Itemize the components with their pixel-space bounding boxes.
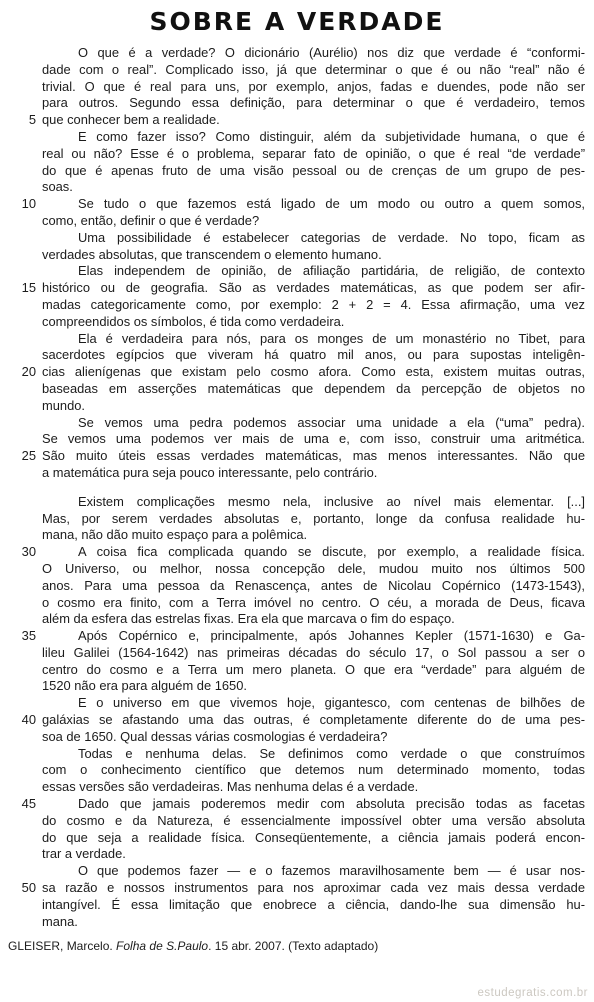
line-number bbox=[0, 561, 36, 578]
text-line: anos. Para uma pessoa da Renascença, ant… bbox=[0, 578, 594, 595]
line-text: Elas independem de opinião, de afiliação… bbox=[36, 263, 594, 280]
text-line: E o universo em que vivemos hoje, gigant… bbox=[0, 695, 594, 712]
text-line: Todas e nenhuma delas. Se definimos como… bbox=[0, 746, 594, 763]
text-line: madas categoricamente como, por exemplo:… bbox=[0, 297, 594, 314]
text-line: baseadas em asserções matemáticas que de… bbox=[0, 381, 594, 398]
line-number bbox=[0, 129, 36, 146]
line-number bbox=[0, 863, 36, 880]
line-text: soas. bbox=[36, 179, 594, 196]
line-number: 25 bbox=[0, 448, 36, 465]
text-line: 30 A coisa fica complicada quando se dis… bbox=[0, 544, 594, 561]
line-number bbox=[0, 779, 36, 796]
line-number bbox=[0, 263, 36, 280]
text-line: O Universo, ou melhor, nossa concepção d… bbox=[0, 561, 594, 578]
text-line: a matemática pura seja pouco interessant… bbox=[0, 465, 594, 482]
text-line: verdades absolutas, que transcendem o el… bbox=[0, 247, 594, 264]
line-text: baseadas em asserções matemáticas que de… bbox=[36, 381, 594, 398]
line-number bbox=[0, 146, 36, 163]
text-line: 45 Dado que jamais poderemos medir com a… bbox=[0, 796, 594, 813]
text-line: Elas independem de opinião, de afiliação… bbox=[0, 263, 594, 280]
line-number bbox=[0, 381, 36, 398]
line-text: Ela é verdadeira para nós, para os monge… bbox=[36, 331, 594, 348]
text-line: soas. bbox=[0, 179, 594, 196]
text-line: intangível. É essa limitação que enobrec… bbox=[0, 897, 594, 914]
text-line: mana, não dão muito espaço para a polêmi… bbox=[0, 527, 594, 544]
line-number bbox=[0, 398, 36, 415]
line-text: Existem complicações mesmo nela, inclusi… bbox=[36, 494, 594, 511]
line-number: 35 bbox=[0, 628, 36, 645]
watermark: estudegratis.com.br bbox=[478, 987, 589, 999]
line-number bbox=[0, 331, 36, 348]
text-line: além da esfera das estrelas fixas. Era e… bbox=[0, 611, 594, 628]
text-body: O que é a verdade? O dicionário (Aurélio… bbox=[0, 45, 594, 930]
text-line: Se vemos uma podemos ver mais de uma e, … bbox=[0, 431, 594, 448]
line-number bbox=[0, 79, 36, 96]
line-text: com o conhecimento científico que detemo… bbox=[36, 762, 594, 779]
line-text: lileu Galilei (1564-1642) nas primeiras … bbox=[36, 645, 594, 662]
line-number bbox=[0, 729, 36, 746]
text-line: real ou não? Esse é o problema, separar … bbox=[0, 146, 594, 163]
line-number bbox=[0, 578, 36, 595]
line-text: anos. Para uma pessoa da Renascença, ant… bbox=[36, 578, 594, 595]
text-line: do que é apenas fruto de uma visão pesso… bbox=[0, 163, 594, 180]
line-text: que conhecer bem a realidade. bbox=[36, 112, 594, 129]
text-line: do cosmo e da Natureza, é essencialmente… bbox=[0, 813, 594, 830]
line-text: galáxias se afastando uma das outras, é … bbox=[36, 712, 594, 729]
text-line: Existem complicações mesmo nela, inclusi… bbox=[0, 494, 594, 511]
text-line: 40 galáxias se afastando uma das outras,… bbox=[0, 712, 594, 729]
line-number bbox=[0, 762, 36, 779]
line-number: 30 bbox=[0, 544, 36, 561]
line-number bbox=[0, 465, 36, 482]
line-number bbox=[0, 163, 36, 180]
line-number bbox=[0, 830, 36, 847]
line-text: trar a verdade. bbox=[36, 846, 594, 863]
line-number bbox=[0, 494, 36, 511]
text-line: mundo. bbox=[0, 398, 594, 415]
line-text: madas categoricamente como, por exemplo:… bbox=[36, 297, 594, 314]
line-text: compreendidos os símbolos, é tida como v… bbox=[36, 314, 594, 331]
text-line: para outros. Segundo essa definição, par… bbox=[0, 95, 594, 112]
citation-author: GLEISER, Marcelo. bbox=[8, 939, 116, 953]
line-text: do que seja a realidade física. Conseqüe… bbox=[36, 830, 594, 847]
text-line: Mas, por serem verdades absolutas e, por… bbox=[0, 511, 594, 528]
text-line: essas versões são verdadeiras. Mas nenhu… bbox=[0, 779, 594, 796]
text-line: lileu Galilei (1564-1642) nas primeiras … bbox=[0, 645, 594, 662]
text-line: Uma possibilidade é estabelecer categori… bbox=[0, 230, 594, 247]
line-number: 20 bbox=[0, 364, 36, 381]
line-text: Se vemos uma podemos ver mais de uma e, … bbox=[36, 431, 594, 448]
line-number bbox=[0, 662, 36, 679]
text-line: mana. bbox=[0, 914, 594, 931]
line-number bbox=[0, 431, 36, 448]
text-line: 50 sa razão e nossos instrumentos para n… bbox=[0, 880, 594, 897]
line-number bbox=[0, 314, 36, 331]
line-number: 5 bbox=[0, 112, 36, 129]
citation-rest: . 15 abr. 2007. (Texto adaptado) bbox=[208, 939, 378, 953]
text-line: 1520 não era para alguém de 1650. bbox=[0, 678, 594, 695]
line-number bbox=[0, 678, 36, 695]
text-line: E como fazer isso? Como distinguir, além… bbox=[0, 129, 594, 146]
line-number bbox=[0, 297, 36, 314]
text-line: do que seja a realidade física. Conseqüe… bbox=[0, 830, 594, 847]
line-text: intangível. É essa limitação que enobrec… bbox=[36, 897, 594, 914]
line-text: O que é a verdade? O dicionário (Aurélio… bbox=[36, 45, 594, 62]
text-line: soa de 1650. Qual dessas várias cosmolog… bbox=[0, 729, 594, 746]
line-text: essas versões são verdadeiras. Mas nenhu… bbox=[36, 779, 594, 796]
line-text: do que é apenas fruto de uma visão pesso… bbox=[36, 163, 594, 180]
text-line: compreendidos os símbolos, é tida como v… bbox=[0, 314, 594, 331]
line-text: sa razão e nossos instrumentos para nos … bbox=[36, 880, 594, 897]
line-number: 45 bbox=[0, 796, 36, 813]
line-number bbox=[0, 247, 36, 264]
line-number bbox=[0, 695, 36, 712]
text-line: centro do cosmo e a Terra um mero planet… bbox=[0, 662, 594, 679]
line-text: histórico ou de geografia. São as verdad… bbox=[36, 280, 594, 297]
line-number bbox=[0, 230, 36, 247]
line-number bbox=[0, 415, 36, 432]
line-text: sacerdotes egípcios que viveram há quatr… bbox=[36, 347, 594, 364]
line-text: além da esfera das estrelas fixas. Era e… bbox=[36, 611, 594, 628]
line-text: Dado que jamais poderemos medir com abso… bbox=[36, 796, 594, 813]
line-text: dade com o real”. Complicado isso, já qu… bbox=[36, 62, 594, 79]
line-text: como, então, definir o que é verdade? bbox=[36, 213, 594, 230]
text-line: o cosmo era finito, com a Terra imóvel n… bbox=[0, 595, 594, 612]
text-line: 5 que conhecer bem a realidade. bbox=[0, 112, 594, 129]
line-text: Todas e nenhuma delas. Se definimos como… bbox=[36, 746, 594, 763]
text-line: com o conhecimento científico que detemo… bbox=[0, 762, 594, 779]
text-line: 25 São muito úteis essas verdades matemá… bbox=[0, 448, 594, 465]
line-text: mundo. bbox=[36, 398, 594, 415]
text-line: 20 cias alienígenas que existam pelo cos… bbox=[0, 364, 594, 381]
line-number bbox=[0, 213, 36, 230]
line-text: mana. bbox=[36, 914, 594, 931]
line-number: 40 bbox=[0, 712, 36, 729]
line-text: centro do cosmo e a Terra um mero planet… bbox=[36, 662, 594, 679]
line-text: soa de 1650. Qual dessas várias cosmolog… bbox=[36, 729, 594, 746]
line-number bbox=[0, 595, 36, 612]
line-number bbox=[0, 511, 36, 528]
line-text: Se vemos uma pedra podemos associar uma … bbox=[36, 415, 594, 432]
text-line: sacerdotes egípcios que viveram há quatr… bbox=[0, 347, 594, 364]
text-line: O que podemos fazer — e o fazemos maravi… bbox=[0, 863, 594, 880]
line-text: Uma possibilidade é estabelecer categori… bbox=[36, 230, 594, 247]
line-number bbox=[0, 897, 36, 914]
text-line: 10 Se tudo o que fazemos está ligado de … bbox=[0, 196, 594, 213]
text-line: 15 histórico ou de geografia. São as ver… bbox=[0, 280, 594, 297]
page-title: SOBRE A VERDADE bbox=[0, 7, 594, 36]
line-number bbox=[0, 645, 36, 662]
line-text: verdades absolutas, que transcendem o el… bbox=[36, 247, 594, 264]
text-line: O que é a verdade? O dicionário (Aurélio… bbox=[0, 45, 594, 62]
citation: GLEISER, Marcelo. Folha de S.Paulo. 15 a… bbox=[8, 939, 594, 953]
line-number bbox=[0, 62, 36, 79]
line-text: Mas, por serem verdades absolutas e, por… bbox=[36, 511, 594, 528]
line-number: 50 bbox=[0, 880, 36, 897]
text-line: Ela é verdadeira para nós, para os monge… bbox=[0, 331, 594, 348]
line-text: mana, não dão muito espaço para a polêmi… bbox=[36, 527, 594, 544]
line-text: E como fazer isso? Como distinguir, além… bbox=[36, 129, 594, 146]
line-text: do cosmo e da Natureza, é essencialmente… bbox=[36, 813, 594, 830]
line-number bbox=[0, 914, 36, 931]
line-text: O que podemos fazer — e o fazemos maravi… bbox=[36, 863, 594, 880]
line-text: cias alienígenas que existam pelo cosmo … bbox=[36, 364, 594, 381]
line-number bbox=[0, 746, 36, 763]
line-number bbox=[0, 846, 36, 863]
line-text: A coisa fica complicada quando se discut… bbox=[36, 544, 594, 561]
line-text: O Universo, ou melhor, nossa concepção d… bbox=[36, 561, 594, 578]
text-line: dade com o real”. Complicado isso, já qu… bbox=[0, 62, 594, 79]
line-number bbox=[0, 179, 36, 196]
text-line: como, então, definir o que é verdade? bbox=[0, 213, 594, 230]
line-number: 15 bbox=[0, 280, 36, 297]
line-text: real ou não? Esse é o problema, separar … bbox=[36, 146, 594, 163]
line-text: Se tudo o que fazemos está ligado de um … bbox=[36, 196, 594, 213]
citation-source: Folha de S.Paulo bbox=[116, 939, 208, 953]
text-line: trivial. O que é real para uns, por exem… bbox=[0, 79, 594, 96]
line-number bbox=[0, 347, 36, 364]
line-number: 10 bbox=[0, 196, 36, 213]
line-text: São muito úteis essas verdades matemátic… bbox=[36, 448, 594, 465]
line-text: o cosmo era finito, com a Terra imóvel n… bbox=[36, 595, 594, 612]
text-line: 35 Após Copérnico e, principalmente, apó… bbox=[0, 628, 594, 645]
line-text: a matemática pura seja pouco interessant… bbox=[36, 465, 594, 482]
line-number bbox=[0, 611, 36, 628]
line-text: E o universo em que vivemos hoje, gigant… bbox=[36, 695, 594, 712]
line-number bbox=[0, 527, 36, 544]
text-line: Se vemos uma pedra podemos associar uma … bbox=[0, 415, 594, 432]
text-line: trar a verdade. bbox=[0, 846, 594, 863]
line-number bbox=[0, 45, 36, 62]
line-text: trivial. O que é real para uns, por exem… bbox=[36, 79, 594, 96]
line-text: para outros. Segundo essa definição, par… bbox=[36, 95, 594, 112]
line-text: Após Copérnico e, principalmente, após J… bbox=[36, 628, 594, 645]
line-number bbox=[0, 813, 36, 830]
line-text: 1520 não era para alguém de 1650. bbox=[36, 678, 594, 695]
line-number bbox=[0, 95, 36, 112]
